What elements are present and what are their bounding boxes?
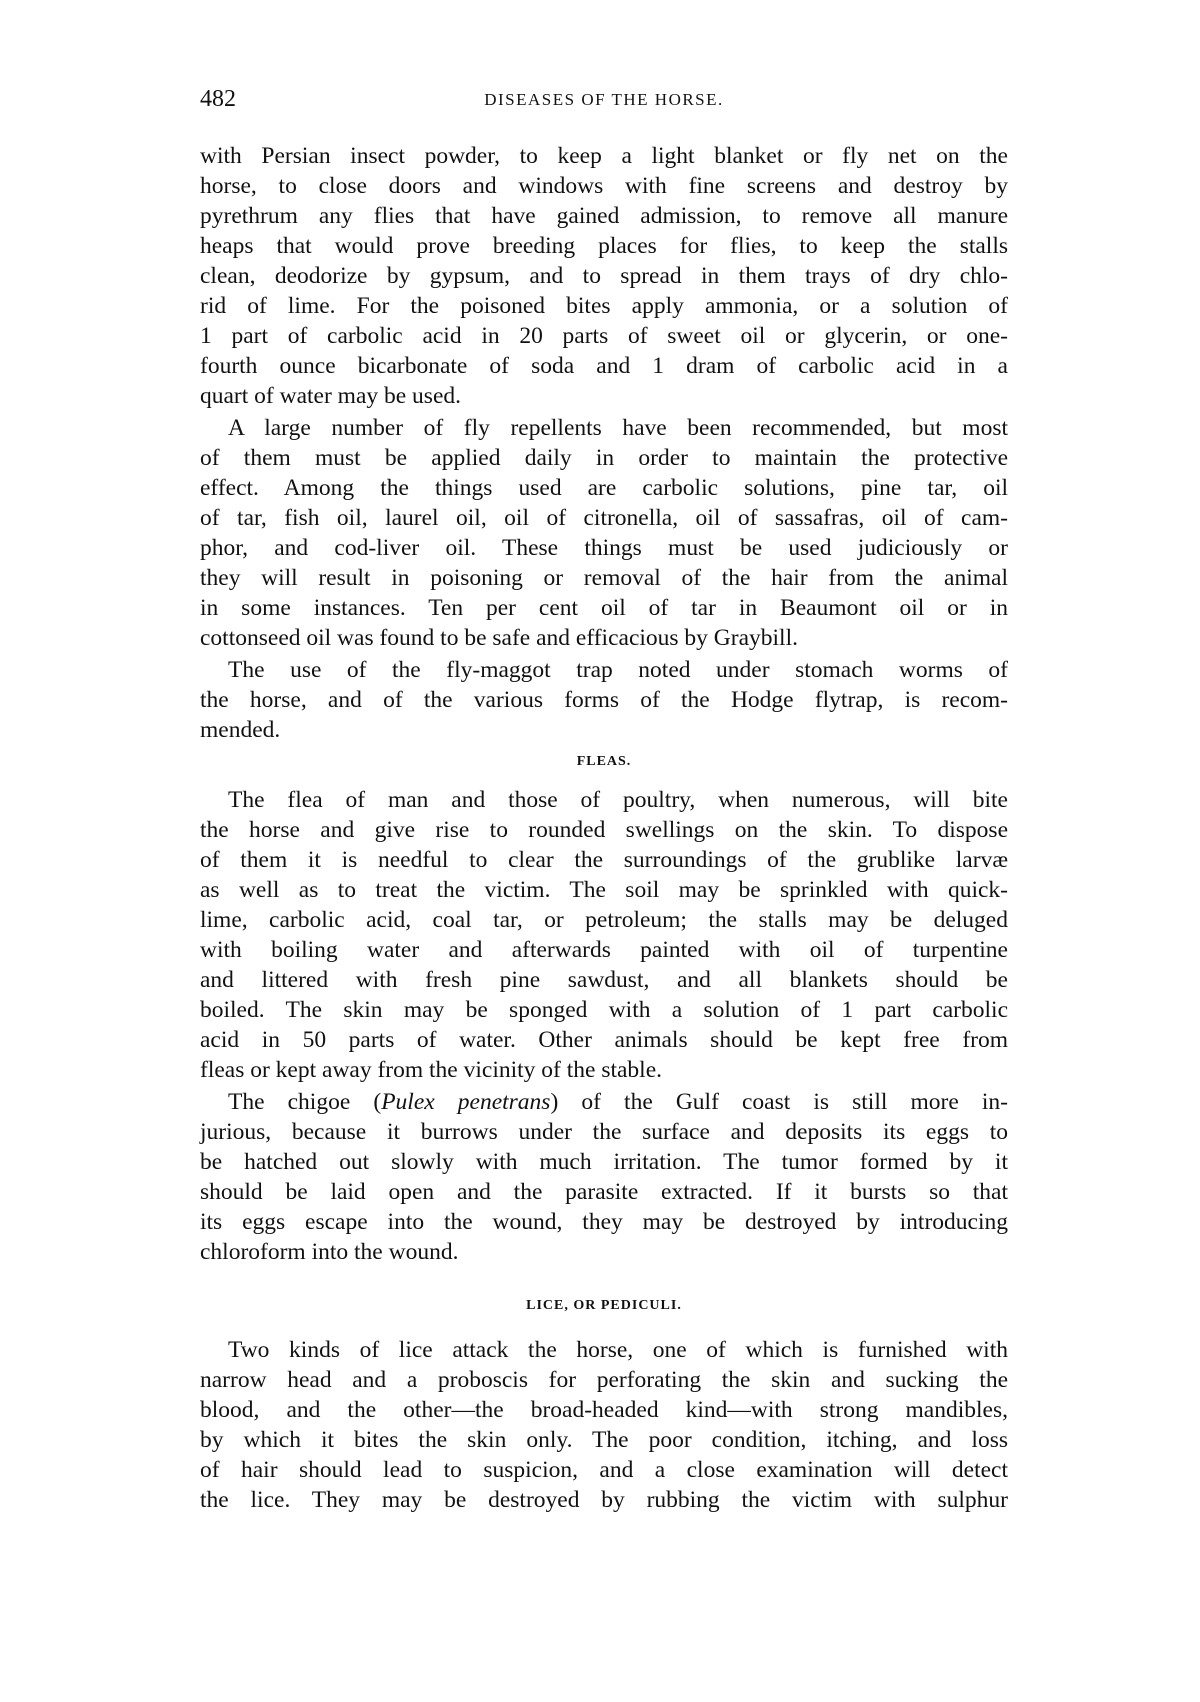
text-line: blood, and the other—the broad-headed ki… <box>200 1396 1008 1424</box>
text-line: by which it bites the skin only. The poo… <box>200 1426 1008 1454</box>
text-line: pyrethrum any flies that have gained adm… <box>200 202 1008 230</box>
text-line: be hatched out slowly with much irritati… <box>200 1148 1008 1176</box>
text-line: its eggs escape into the wound, they may… <box>200 1208 1008 1236</box>
text-line: The use of the fly-maggot trap noted und… <box>200 656 1008 684</box>
text-line: fourth ounce bicarbonate of soda and 1 d… <box>200 352 1008 380</box>
text-line: narrow head and a proboscis for perforat… <box>200 1366 1008 1394</box>
text-line: chloroform into the wound. <box>200 1238 1008 1266</box>
section-heading-fleas: FLEAS. <box>200 754 1008 770</box>
running-head: 482 DISEASES OF THE HORSE. <box>200 86 1008 116</box>
text-line: the horse, and of the various forms of t… <box>200 686 1008 714</box>
book-page: 482 DISEASES OF THE HORSE. with Persian … <box>0 0 1200 1702</box>
text-line: as well as to treat the victim. The soil… <box>200 876 1008 904</box>
text-line: of them must be applied daily in order t… <box>200 444 1008 472</box>
text-line: phor, and cod-liver oil. These things mu… <box>200 534 1008 562</box>
text-line: The flea of man and those of poultry, wh… <box>200 786 1008 814</box>
text-line: of tar, fish oil, laurel oil, oil of cit… <box>200 504 1008 532</box>
text-line: A large number of fly repellents have be… <box>200 414 1008 442</box>
text-line: in some instances. Ten per cent oil of t… <box>200 594 1008 622</box>
text-line: mended. <box>200 716 1008 744</box>
text-line: The chigoe (Pulex penetrans) of the Gulf… <box>200 1088 1008 1116</box>
text-line: with boiling water and afterwards painte… <box>200 936 1008 964</box>
text-line: clean, deodorize by gypsum, and to sprea… <box>200 262 1008 290</box>
text-line: the lice. They may be destroyed by rubbi… <box>200 1486 1008 1514</box>
text-line: and littered with fresh pine sawdust, an… <box>200 966 1008 994</box>
text-line: fleas or kept away from the vicinity of … <box>200 1056 1008 1084</box>
text-line: lime, carbolic acid, coal tar, or petrol… <box>200 906 1008 934</box>
species-name: Pulex penetrans <box>381 1089 550 1115</box>
section-heading-lice: LICE, OR PEDICULI. <box>200 1298 1008 1314</box>
text-line: Two kinds of lice attack the horse, one … <box>200 1336 1008 1364</box>
text-line: they will result in poisoning or removal… <box>200 564 1008 592</box>
text-line: should be laid open and the parasite ext… <box>200 1178 1008 1206</box>
text-line: of hair should lead to suspicion, and a … <box>200 1456 1008 1484</box>
text-line: with Persian insect powder, to keep a li… <box>200 142 1008 170</box>
text-line: boiled. The skin may be sponged with a s… <box>200 996 1008 1024</box>
text-line: heaps that would prove breeding places f… <box>200 232 1008 260</box>
text-line: of them it is needful to clear the surro… <box>200 846 1008 874</box>
text-line: horse, to close doors and windows with f… <box>200 172 1008 200</box>
text-line: rid of lime. For the poisoned bites appl… <box>200 292 1008 320</box>
text-line: effect. Among the things used are carbol… <box>200 474 1008 502</box>
text-line: the horse and give rise to rounded swell… <box>200 816 1008 844</box>
text-line: jurious, because it burrows under the su… <box>200 1118 1008 1146</box>
text-line: acid in 50 parts of water. Other animals… <box>200 1026 1008 1054</box>
text-line: quart of water may be used. <box>200 382 1008 410</box>
text-line: cottonseed oil was found to be safe and … <box>200 624 1008 652</box>
running-title: DISEASES OF THE HORSE. <box>200 90 1008 110</box>
text-line: 1 part of carbolic acid in 20 parts of s… <box>200 322 1008 350</box>
